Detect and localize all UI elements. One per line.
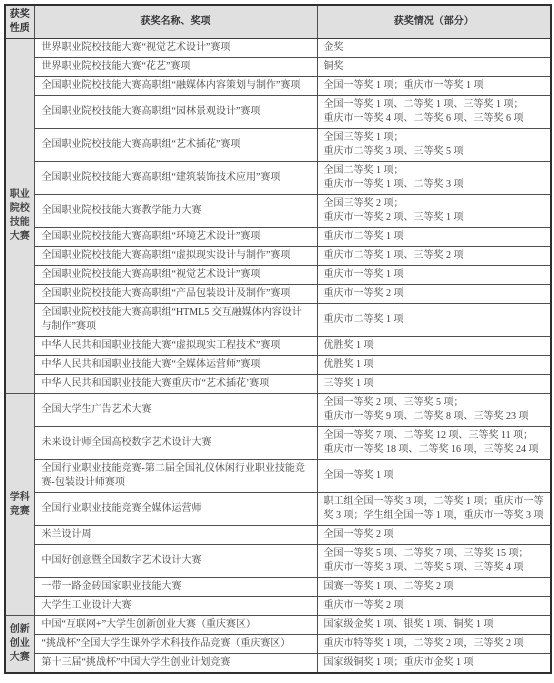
category-cell: 创新 创业 大赛 (5, 616, 34, 674)
table-row: 学科 竞赛全国大学生广告艺术大赛全国一等奖 2 项、三等奖 5 项； 重庆市一等… (5, 394, 551, 427)
award-name-cell: 全国大学生广告艺术大赛 (34, 394, 317, 427)
table-row: 全国职业院校技能大赛高职组“艺术插花”赛项全国三等奖 1 项； 重庆市二等奖 3… (5, 129, 551, 162)
table-row: 未来设计师全国高校数字艺术设计大赛全国一等奖 7 项、二等奖 12 项、三等奖 … (5, 427, 551, 460)
table-row: 创新 创业 大赛中国“互联网+”大学生创新创业大赛（重庆赛区）国家级金奖 1 项… (5, 616, 551, 635)
award-result-cell: 国家级金奖 1 项、银奖 1 项、铜奖 1 项 (317, 616, 551, 635)
award-result-cell: 铜奖 (317, 58, 551, 77)
award-result-cell: 全国二等奖 1 项； 重庆市一等奖 1 项、二等奖 3 项 (317, 162, 551, 195)
table-row: 中华人民共和国职业技能大赛“全媒体运营师”赛项优胜奖 1 项 (5, 356, 551, 375)
table-row: “挑战杯”全国大学生课外学术科技作品竞赛（重庆赛区）重庆市特等奖 1 项，二等奖… (5, 635, 551, 654)
table-row: 全国职业院校技能大赛高职组“产品包装设计及制作”赛项重庆市一等奖 2 项 (5, 285, 551, 304)
award-result-cell: 重庆市一等奖 2 项 (317, 285, 551, 304)
award-result-cell: 全国一等奖 2 项 (317, 526, 551, 545)
award-name-cell: 全国职业院校技能大赛高职组“HTML5 交互融媒体内容设计与制作”赛项 (34, 304, 317, 337)
table-row: 职业 院校 技能 大赛世界职业院校技能大赛“视觉艺术设计”赛项金奖 (5, 39, 551, 58)
category-cell: 学科 竞赛 (5, 394, 34, 616)
award-result-cell: 全国一等奖 1 项、二等奖 1 项、三等奖 1 项； 重庆市一等奖 4 项、二等… (317, 96, 551, 129)
award-result-cell: 优胜奖 1 项 (317, 356, 551, 375)
table-row: 全国职业院校技能大赛高职组“环境艺术设计”赛项重庆市二等奖 1 项 (5, 228, 551, 247)
award-result-cell: 全国一等奖 7 项、二等奖 12 项、三等奖 11 项； 重庆市一等奖 18 项… (317, 427, 551, 460)
award-name-cell: 全国职业院校技能大赛高职组“虚拟现实设计与制作”赛项 (34, 247, 317, 266)
page: 获奖 性质 获奖名称、奖项 获奖情况（部分） 职业 院校 技能 大赛世界职业院校… (0, 0, 554, 674)
award-result-cell: 重庆市二等奖 1 项、三等奖 2 项 (317, 247, 551, 266)
table-row: 全国职业院校技能大赛高职组“建筑装饰技术应用”赛项全国二等奖 1 项； 重庆市一… (5, 162, 551, 195)
award-result-cell: 三等奖 1 项 (317, 375, 551, 394)
award-name-cell: 全国职业院校技能大赛高职组“艺术插花”赛项 (34, 129, 317, 162)
table-row: 一带一路金砖国家职业技能大赛国赛一等奖 1 项、二等奖 2 项 (5, 578, 551, 597)
award-result-cell: 全国三等奖 2 项； 重庆市一等奖 2 项、三等奖 1 项 (317, 195, 551, 228)
award-name-cell: 全国职业院校技能大赛高职组“融媒体内容策划与制作”赛项 (34, 77, 317, 96)
award-name-cell: 全国职业院校技能大赛高职组“视觉艺术设计”赛项 (34, 266, 317, 285)
awards-table-header: 获奖 性质 获奖名称、奖项 获奖情况（部分） (5, 5, 551, 39)
awards-table-body: 职业 院校 技能 大赛世界职业院校技能大赛“视觉艺术设计”赛项金奖世界职业院校技… (5, 39, 551, 674)
award-result-cell: 职工组全国一等奖 3 项，二等奖 1 项；重庆市一等奖 3 项；学生组全国一等 … (317, 493, 551, 526)
award-name-cell: 全国职业院校技能大赛高职组“园林景观设计”赛项 (34, 96, 317, 129)
award-result-cell: 重庆市一等奖 1 项 (317, 266, 551, 285)
award-result-cell: 全国一等奖 5 项、二等奖 7 项、三等奖 15 项； 重庆市一等奖 3 项、二… (317, 545, 551, 578)
award-result-cell: 全国一等奖 2 项、三等奖 5 项； 重庆市一等奖 9 项、二等奖 8 项、三等… (317, 394, 551, 427)
table-row: 中华人民共和国职业技能大赛“虚拟现实工程技术”赛项优胜奖 1 项 (5, 337, 551, 356)
award-name-cell: 一带一路金砖国家职业技能大赛 (34, 578, 317, 597)
table-row: 米兰设计周全国一等奖 2 项 (5, 526, 551, 545)
table-row: 全国职业院校技能大赛高职组“虚拟现实设计与制作”赛项重庆市二等奖 1 项、三等奖… (5, 247, 551, 266)
table-row: 全国职业院校技能大赛教学能力大赛全国三等奖 2 项； 重庆市一等奖 2 项、三等… (5, 195, 551, 228)
award-name-cell: 世界职业院校技能大赛“视觉艺术设计”赛项 (34, 39, 317, 58)
category-cell: 职业 院校 技能 大赛 (5, 39, 34, 394)
award-name-cell: 未来设计师全国高校数字艺术设计大赛 (34, 427, 317, 460)
table-row: 大学生工业设计大赛重庆市一等奖 2 项 (5, 597, 551, 616)
award-name-cell: 中国好创意暨全国数字艺术设计大赛 (34, 545, 317, 578)
award-result-cell: 重庆市二等奖 1 项 (317, 304, 551, 337)
award-name-cell: 全国职业院校技能大赛高职组“产品包装设计及制作”赛项 (34, 285, 317, 304)
award-result-cell: 全国三等奖 1 项； 重庆市二等奖 3 项、三等奖 5 项 (317, 129, 551, 162)
table-row: 中国好创意暨全国数字艺术设计大赛全国一等奖 5 项、二等奖 7 项、三等奖 15… (5, 545, 551, 578)
award-name-cell: 中国“互联网+”大学生创新创业大赛（重庆赛区） (34, 616, 317, 635)
award-result-cell: 全国一等奖 1 项；重庆市一等奖 1 项 (317, 77, 551, 96)
table-row: 全国行业职业技能竞赛-第二届全国礼仪休闲行业职业技能竞赛-包装设计师赛项全国一等… (5, 460, 551, 493)
header-award-nature: 获奖 性质 (5, 5, 34, 39)
award-name-cell: 米兰设计周 (34, 526, 317, 545)
award-result-cell: 国赛一等奖 1 项、二等奖 2 项 (317, 578, 551, 597)
header-row: 获奖 性质 获奖名称、奖项 获奖情况（部分） (5, 5, 551, 39)
header-award-result: 获奖情况（部分） (317, 5, 551, 39)
table-row: 全国职业院校技能大赛高职组“HTML5 交互融媒体内容设计与制作”赛项重庆市二等… (5, 304, 551, 337)
award-result-cell: 全国一等奖 1 项 (317, 460, 551, 493)
award-result-cell: 重庆市特等奖 1 项，二等奖 2 项，三等奖 2 项 (317, 635, 551, 654)
awards-table: 获奖 性质 获奖名称、奖项 获奖情况（部分） 职业 院校 技能 大赛世界职业院校… (4, 4, 552, 674)
award-name-cell: 全国职业院校技能大赛高职组“建筑装饰技术应用”赛项 (34, 162, 317, 195)
award-name-cell: “挑战杯”全国大学生课外学术科技作品竞赛（重庆赛区） (34, 635, 317, 654)
award-name-cell: 全国职业院校技能大赛教学能力大赛 (34, 195, 317, 228)
table-row: 全国职业院校技能大赛高职组“融媒体内容策划与制作”赛项全国一等奖 1 项；重庆市… (5, 77, 551, 96)
header-award-name: 获奖名称、奖项 (34, 5, 317, 39)
award-name-cell: 全国职业院校技能大赛高职组“环境艺术设计”赛项 (34, 228, 317, 247)
table-row: 全国职业院校技能大赛高职组“视觉艺术设计”赛项重庆市一等奖 1 项 (5, 266, 551, 285)
table-row: 全国职业院校技能大赛高职组“园林景观设计”赛项全国一等奖 1 项、二等奖 1 项… (5, 96, 551, 129)
award-result-cell: 金奖 (317, 39, 551, 58)
award-name-cell: 中华人民共和国职业技能大赛“虚拟现实工程技术”赛项 (34, 337, 317, 356)
award-name-cell: 第十三届“挑战杯”中国大学生创业计划竞赛 (34, 654, 317, 674)
award-name-cell: 中华人民共和国职业技能大赛重庆市“艺术插花’赛项 (34, 375, 317, 394)
award-name-cell: 全国行业职业技能竞赛-第二届全国礼仪休闲行业职业技能竞赛-包装设计师赛项 (34, 460, 317, 493)
table-row: 全国行业职业技能竞赛全媒体运营师职工组全国一等奖 3 项，二等奖 1 项；重庆市… (5, 493, 551, 526)
award-name-cell: 世界职业院校技能大赛“花艺”赛项 (34, 58, 317, 77)
award-result-cell: 重庆市一等奖 2 项 (317, 597, 551, 616)
award-result-cell: 国家级铜奖 1 项；重庆市金奖 1 项 (317, 654, 551, 674)
table-row: 世界职业院校技能大赛“花艺”赛项铜奖 (5, 58, 551, 77)
award-result-cell: 优胜奖 1 项 (317, 337, 551, 356)
table-row: 中华人民共和国职业技能大赛重庆市“艺术插花’赛项三等奖 1 项 (5, 375, 551, 394)
table-row: 第十三届“挑战杯”中国大学生创业计划竞赛国家级铜奖 1 项；重庆市金奖 1 项 (5, 654, 551, 674)
award-name-cell: 中华人民共和国职业技能大赛“全媒体运营师”赛项 (34, 356, 317, 375)
award-name-cell: 大学生工业设计大赛 (34, 597, 317, 616)
award-result-cell: 重庆市二等奖 1 项 (317, 228, 551, 247)
award-name-cell: 全国行业职业技能竞赛全媒体运营师 (34, 493, 317, 526)
